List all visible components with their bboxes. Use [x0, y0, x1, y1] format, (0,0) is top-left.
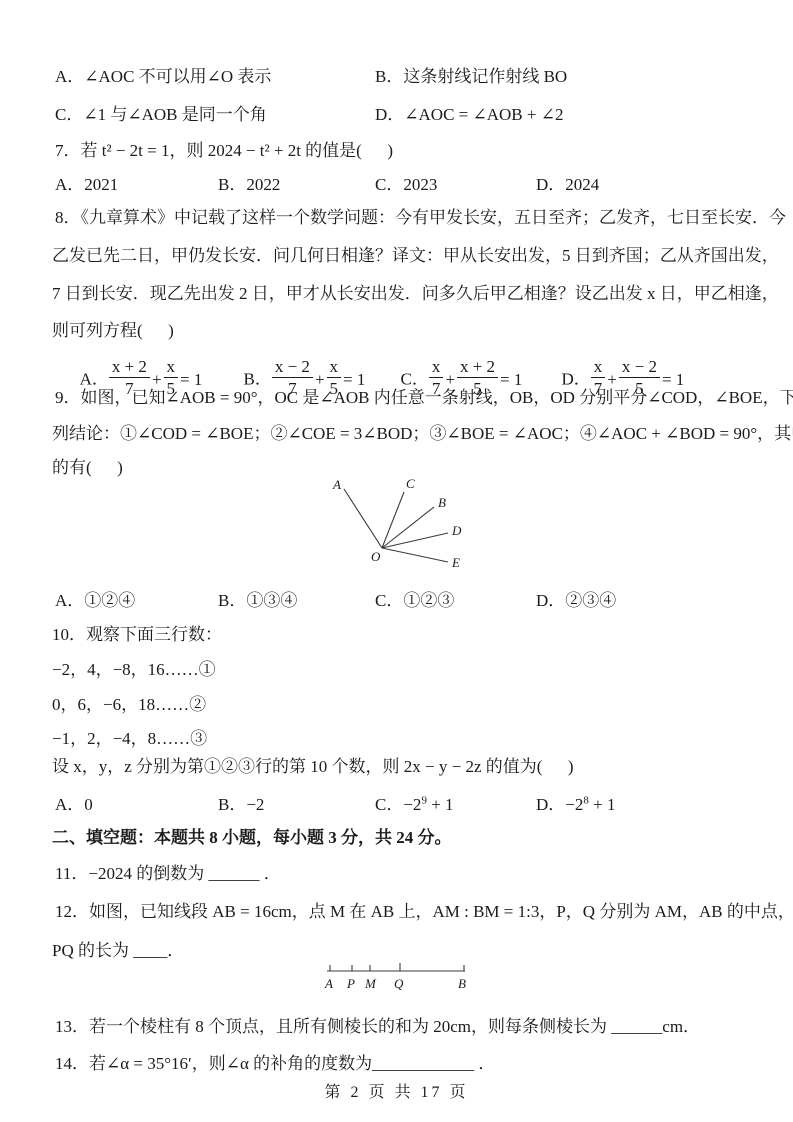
- fig9-label-b: B: [438, 495, 446, 510]
- q12-stem-line-1: 12．如图，已知线段 AB = 16cm，点 M 在 AB 上，AM : BM …: [55, 897, 793, 922]
- q6-option-b: B．这条射线记作射线 BO: [375, 62, 567, 87]
- q7-option-b: B．2022: [218, 170, 280, 195]
- ray-OE: [382, 548, 448, 562]
- q9-options-row: A．①②④ B．①③④ C．①②③ D．②③④: [0, 586, 793, 612]
- q9-option-d: D．②③④: [536, 586, 616, 611]
- q10-option-c: C．−29 + 1: [375, 790, 454, 815]
- q7-option-a: A．2021: [55, 170, 118, 195]
- q7-option-d: D．2024: [536, 170, 599, 195]
- fig9-label-a: A: [332, 477, 341, 492]
- q6-options-row-2: C．∠1 与∠AOB 是同一个角 D．∠AOC = ∠AOB + ∠2: [0, 100, 793, 126]
- q10-option-c-base: −2: [403, 795, 421, 814]
- q9-stem-line-2: 列结论：①∠COD = ∠BOE；②∠COE = 3∠BOD；③∠BOE = ∠…: [52, 419, 793, 444]
- q10-stem: 10．观察下面三行数：: [52, 620, 222, 645]
- q10-sequence-2: 0，6，−6，18……②: [52, 690, 206, 715]
- fraction-numerator: x: [591, 358, 606, 378]
- fraction-numerator: x + 2: [109, 358, 150, 378]
- exam-page: A．∠AOC 不可以用∠O 表示 B．这条射线记作射线 BO C．∠1 与∠AO…: [0, 0, 793, 1122]
- q7-option-c: C．2023: [375, 170, 437, 195]
- fig12-label-m: M: [364, 976, 377, 991]
- q9-option-b: B．①③④: [218, 586, 297, 611]
- fig12-label-p: P: [346, 976, 355, 991]
- fraction-numerator: x: [327, 358, 342, 378]
- q8-stem-line-2: 乙发已先二日，甲仍发长安．问几何日相逢？译文：甲从长安出发，5 日到齐国；乙从齐…: [52, 241, 779, 266]
- q10-options-row: A．0 B．−2 C．−29 + 1 D．−28 + 1: [0, 790, 793, 816]
- q10-option-a: A．0: [55, 790, 93, 815]
- page-number: 第 2 页 共 17 页: [0, 1079, 793, 1102]
- q7-options-row: A．2021 B．2022 C．2023 D．2024: [0, 170, 793, 196]
- fig12-label-q: Q: [394, 976, 404, 991]
- q10-option-d: D．−28 + 1: [536, 790, 615, 815]
- q9-stem-line-3: 的有( ): [52, 453, 123, 478]
- ray-OA: [344, 489, 382, 548]
- q10-option-c-label: C．: [375, 795, 403, 814]
- q6-option-d: D．∠AOC = ∠AOB + ∠2: [375, 100, 563, 125]
- q8-options-row: A．x + 27+x5= 1 B．x − 27+x5= 1 C．x7+x + 2…: [0, 338, 793, 378]
- fraction-numerator: x − 2: [619, 358, 660, 378]
- q10-sequence-3: −1，2，−4，8……③: [52, 724, 207, 749]
- fraction-numerator: x − 2: [272, 358, 313, 378]
- section-2-heading: 二、填空题：本题共 8 小题，每小题 3 分，共 24 分。: [52, 823, 452, 848]
- q10-option-c-rest: + 1: [427, 795, 454, 814]
- q7-stem: 7．若 t² − 2t = 1，则 2024 − t² + 2t 的值是( ): [55, 136, 393, 161]
- fraction-numerator: x: [429, 358, 444, 378]
- fraction-numerator: x + 2: [457, 358, 498, 378]
- q9-option-c: C．①②③: [375, 586, 454, 611]
- fig9-label-c: C: [406, 476, 415, 491]
- q13-stem: 13．若一个棱柱有 8 个顶点，且所有侧棱长的和为 20cm，则每条侧棱长为 _…: [55, 1012, 700, 1037]
- q10-option-d-rest: + 1: [589, 795, 616, 814]
- q9-option-a: A．①②④: [55, 586, 135, 611]
- fig9-label-o: O: [371, 549, 381, 564]
- q8-stem-line-3: 7 日到长安．现乙先出发 2 日，甲才从长安出发．问多久后甲乙相逢？设乙出发 x…: [52, 279, 779, 304]
- fig9-label-d: D: [451, 523, 462, 538]
- q10-setup: 设 x，y，z 分别为第①②③行的第 10 个数，则 2x − y − 2z 的…: [52, 752, 574, 777]
- q14-stem: 14．若∠α = 35°16′，则∠α 的补角的度数为____________ …: [55, 1049, 495, 1074]
- fraction-numerator: x: [164, 358, 179, 378]
- q6-option-c: C．∠1 与∠AOB 是同一个角: [55, 100, 267, 125]
- q12-segment-figure: A P M Q B: [322, 956, 472, 996]
- q9-angle-figure: A C B D E O: [318, 474, 468, 578]
- q8-stem-line-1: 8．《九章算术》中记载了这样一个数学问题：今有甲发长安，五日至齐；乙发齐，七日至…: [55, 203, 786, 228]
- q12-stem-line-2: PQ 的长为 ____．: [52, 936, 184, 961]
- fig12-label-b: B: [458, 976, 466, 991]
- q10-option-d-label: D．: [536, 795, 565, 814]
- fig9-label-e: E: [451, 555, 460, 570]
- q6-option-a: A．∠AOC 不可以用∠O 表示: [55, 62, 271, 87]
- q10-option-b: B．−2: [218, 790, 264, 815]
- fig12-label-a: A: [324, 976, 333, 991]
- q9-stem-line-1: 9．如图，已知∠AOB = 90°，OC 是∠AOB 内任意一条射线，OB，OD…: [55, 383, 793, 408]
- q10-option-d-base: −2: [565, 795, 583, 814]
- q6-options-row-1: A．∠AOC 不可以用∠O 表示 B．这条射线记作射线 BO: [0, 62, 793, 88]
- q11-stem: 11．−2024 的倒数为 ______ ．: [55, 859, 281, 884]
- q10-sequence-1: −2，4，−8，16……①: [52, 655, 216, 680]
